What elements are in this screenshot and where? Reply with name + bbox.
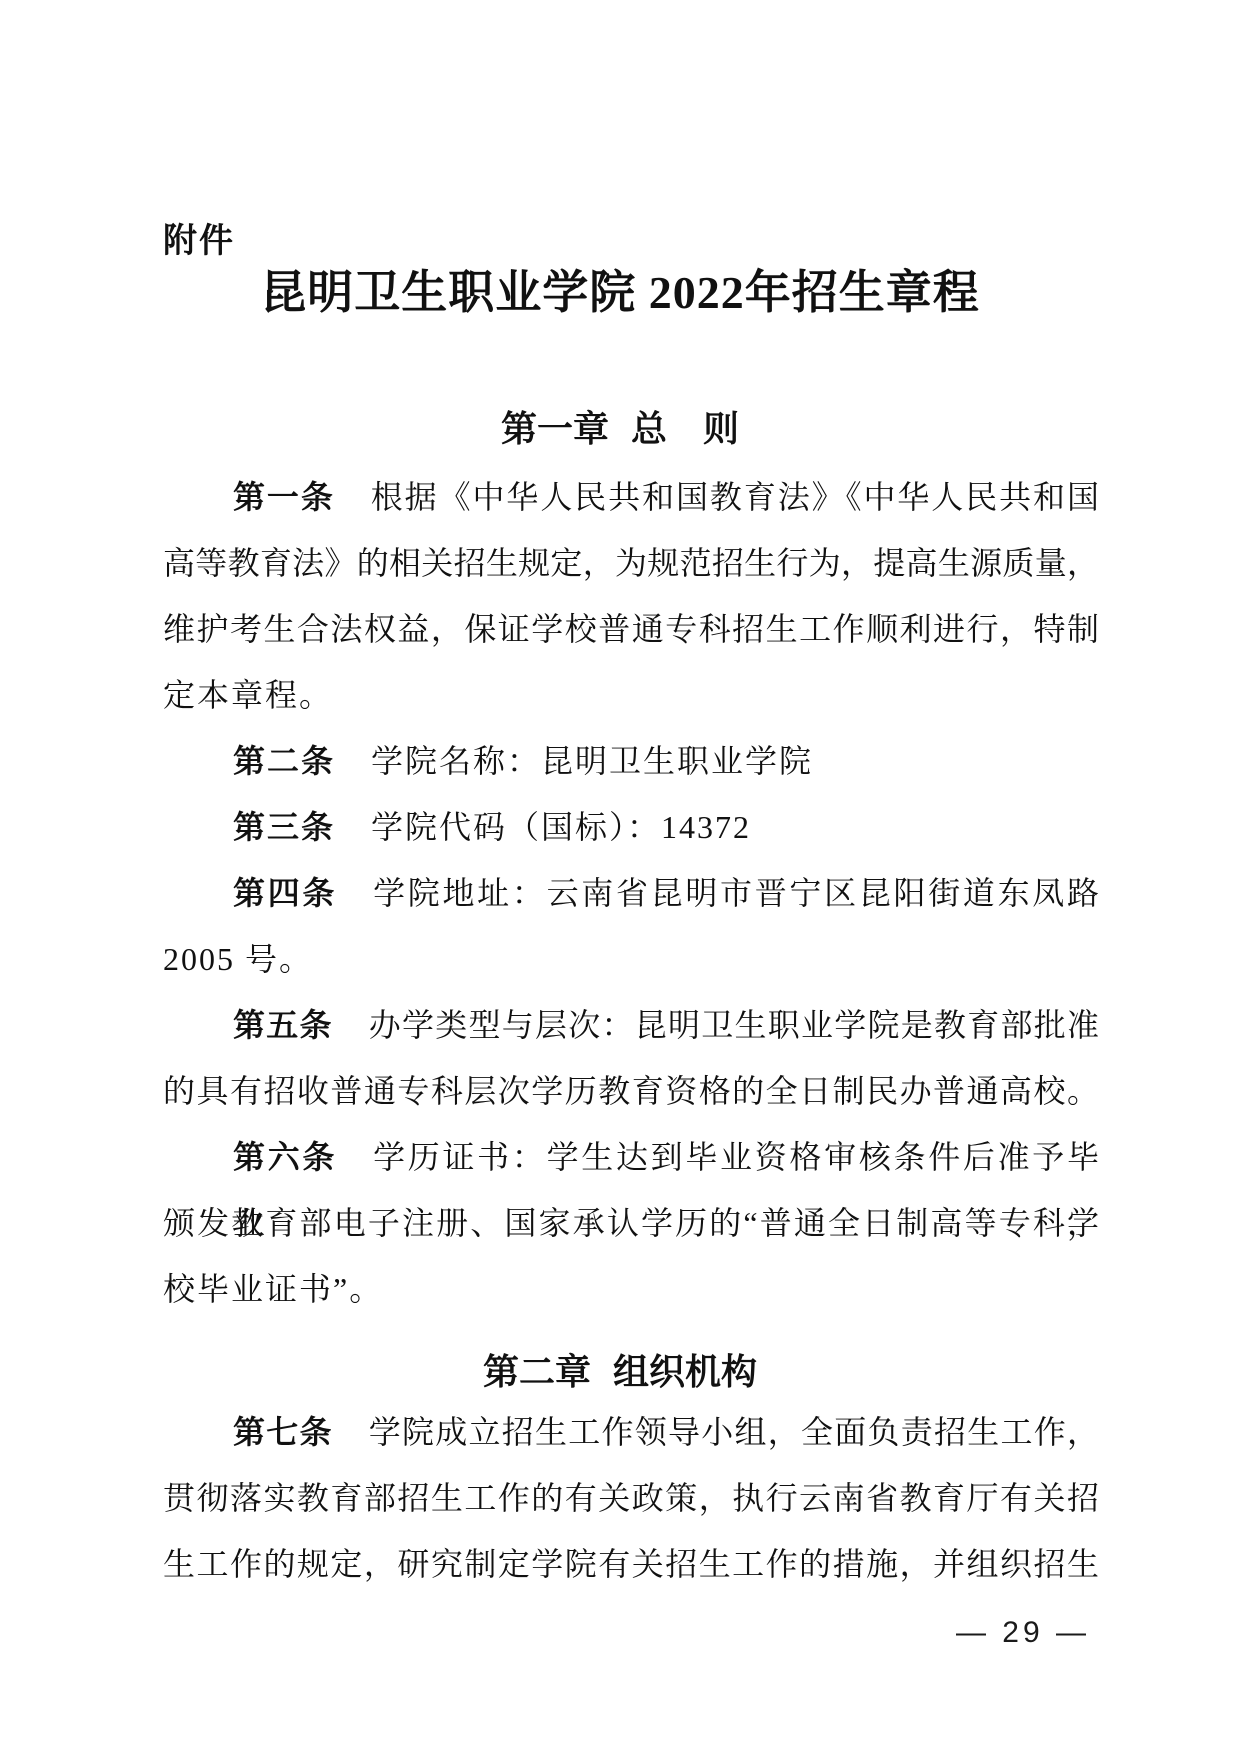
article-1-text: 定本章程。 [163, 677, 333, 713]
text-line: 第五条办学类型与层次：昆明卫生职业学院是教育部批准 [163, 992, 1099, 1058]
article-4-text: 2005 号。 [163, 941, 313, 977]
article-7-text: 生工作的规定，研究制定学院有关招生工作的措施，并组织招生 [163, 1546, 1099, 1582]
text-line: 高等教育法》的相关招生规定，为规范招生行为，提高生源质量， [163, 530, 1099, 596]
text-line: 第四条学院地址：云南省昆明市晋宁区昆阳街道东凤路 [163, 860, 1099, 926]
text-line: 校毕业证书”。 [163, 1256, 1099, 1322]
article-7-text: 贯彻落实教育部招生工作的有关政策，执行云南省教育厅有关招 [163, 1480, 1099, 1516]
text-line: 生工作的规定，研究制定学院有关招生工作的措施，并组织招生 [163, 1531, 1099, 1597]
document-title: 昆明卫生职业学院 2022年招生章程 [0, 270, 1240, 316]
text-line: 第二条学院名称：昆明卫生职业学院 [163, 728, 1099, 794]
chapter-2-number: 第二章 [483, 1351, 591, 1392]
chapter-1-heading: 第一章总 则 [0, 411, 1240, 447]
article-4-text: 学院地址：云南省昆明市晋宁区昆阳街道东凤路 [373, 875, 1099, 911]
article-5-label: 第五条 [233, 1007, 333, 1043]
article-2-text: 学院名称：昆明卫生职业学院 [371, 743, 813, 779]
page-number: — 29 — [956, 1618, 1090, 1648]
article-6-text: 颁发教育部电子注册、国家承认学历的“普通全日制高等专科学 [163, 1205, 1099, 1241]
text-line: 维护考生合法权益，保证学校普通专科招生工作顺利进行，特制 [163, 596, 1099, 662]
text-line: 第三条学院代码（国标）：14372 [163, 794, 1099, 860]
text-line: 定本章程。 [163, 662, 1099, 728]
document-page: 附件 昆明卫生职业学院 2022年招生章程 第一章总 则 第一条根据《中华人民共… [0, 0, 1240, 1754]
text-line: 第一条根据《中华人民共和国教育法》《中华人民共和国 [163, 464, 1099, 530]
article-1-text: 维护考生合法权益，保证学校普通专科招生工作顺利进行，特制 [163, 611, 1099, 647]
article-5-text: 的具有招收普通专科层次学历教育资格的全日制民办普通高校。 [163, 1073, 1099, 1109]
chapter-1-number: 第一章 [501, 408, 609, 449]
article-6-label: 第六条 [233, 1139, 337, 1175]
article-2-label: 第二条 [233, 743, 335, 779]
article-4-label: 第四条 [233, 875, 337, 911]
article-3-label: 第三条 [233, 809, 335, 845]
article-1-label: 第一条 [233, 479, 335, 515]
article-1-text: 根据《中华人民共和国教育法》《中华人民共和国 [371, 479, 1099, 515]
chapter-1-name: 总 则 [631, 408, 739, 449]
text-line: 第七条学院成立招生工作领导小组，全面负责招生工作， [163, 1399, 1099, 1465]
chapter-1-body: 第一条根据《中华人民共和国教育法》《中华人民共和国 高等教育法》的相关招生规定，… [163, 464, 1099, 1322]
text-line: 颁发教育部电子注册、国家承认学历的“普通全日制高等专科学 [163, 1190, 1099, 1256]
article-3-text: 学院代码（国标）：14372 [371, 809, 751, 845]
article-1-text: 高等教育法》的相关招生规定，为规范招生行为，提高生源质量， [163, 545, 1099, 581]
attachment-label: 附件 [163, 224, 235, 258]
chapter-2-name: 组织机构 [613, 1351, 757, 1392]
chapter-2-heading: 第二章组织机构 [0, 1354, 1240, 1390]
article-6-text: 校毕业证书”。 [163, 1271, 383, 1307]
article-7-label: 第七条 [233, 1414, 333, 1450]
text-line: 第六条学历证书：学生达到毕业资格审核条件后准予毕业， [163, 1124, 1099, 1190]
text-line: 贯彻落实教育部招生工作的有关政策，执行云南省教育厅有关招 [163, 1465, 1099, 1531]
article-7-text: 学院成立招生工作领导小组，全面负责招生工作， [369, 1414, 1099, 1450]
text-line: 的具有招收普通专科层次学历教育资格的全日制民办普通高校。 [163, 1058, 1099, 1124]
chapter-2-body: 第七条学院成立招生工作领导小组，全面负责招生工作， 贯彻落实教育部招生工作的有关… [163, 1399, 1099, 1597]
article-5-text: 办学类型与层次：昆明卫生职业学院是教育部批准 [369, 1007, 1099, 1043]
text-line: 2005 号。 [163, 926, 1099, 992]
